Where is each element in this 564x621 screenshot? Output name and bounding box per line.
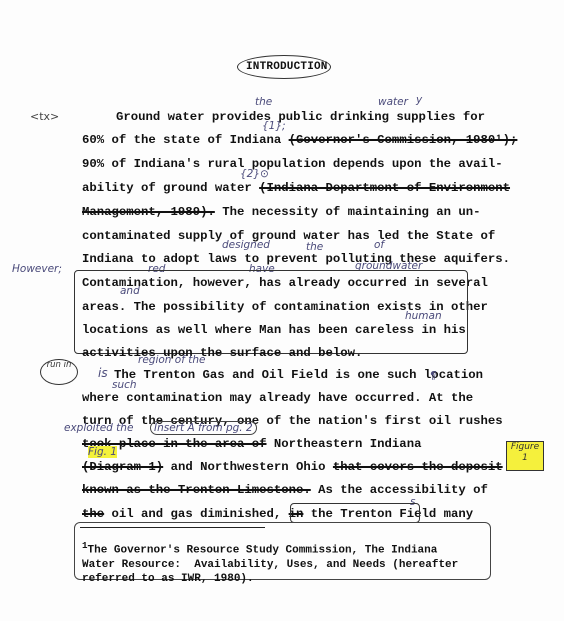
text-line-14: turn of the century, one of the nation's… [82, 414, 503, 428]
run-in-mark: run in [40, 359, 78, 385]
text-line-2: 60% of the state of Indiana (Governor's … [82, 133, 517, 147]
text-line-5: Management, 1989). The necessity of main… [82, 205, 480, 219]
figure-1-note: Figure 1 [506, 441, 544, 471]
text-line-11: activities upon the surface and below. [82, 346, 362, 360]
page-title: INTRODUCTION [246, 61, 328, 73]
annotation-y: y [416, 94, 422, 106]
annotation-citation-1: {1}; [262, 120, 286, 132]
annotation-fig-1: Fig. 1 [88, 446, 117, 458]
annotation-the: the [255, 96, 272, 108]
annotation-water: water [378, 96, 408, 108]
text-line-1: Ground water provides public drinking su… [116, 110, 485, 124]
footnote: 1The Governor's Resource Study Commissio… [82, 539, 458, 586]
annotation-however-margin: However; [12, 263, 62, 275]
annotation-citation-2: {2}⊙ [240, 168, 269, 180]
annotation-paragraph-mark: ¶ [430, 370, 437, 382]
scanned-page: INTRODUCTION <tx> Ground water provides … [0, 0, 564, 621]
annotation-insert-a: Insert A from pg. 2 [150, 421, 257, 435]
annotation-of: of [374, 239, 384, 251]
annotation-region-of-the: region of the [138, 354, 205, 366]
annotation-such: such [112, 379, 137, 391]
text-line-3: 90% of Indiana's rural population depend… [82, 157, 503, 171]
text-line-15: took place in the area of Northeastern I… [82, 437, 421, 451]
text-tag: <tx> [30, 110, 59, 123]
annotation-exploited-the: exploited the [64, 422, 133, 434]
annotation-designed: designed [222, 239, 270, 251]
text-line-4: ability of ground water (Indiana Departm… [82, 181, 510, 195]
footnote-rule [80, 527, 265, 528]
text-line-7: Indiana to adopt laws to prevent polluti… [82, 252, 510, 266]
moved-text-box [74, 270, 468, 354]
text-line-16: (Diagram 1) and Northwestern Ohio that c… [82, 460, 503, 474]
text-line-12: The Trenton Gas and Oil Field is one suc… [114, 368, 483, 382]
annotation-is: is [98, 366, 108, 380]
text-line-13: where contamination may already have occ… [82, 391, 473, 405]
text-line-17: known as the Trenton Limestone. As the a… [82, 483, 488, 497]
annotation-the-2: the [306, 241, 323, 253]
text-line-6: contaminated supply of ground water has … [82, 229, 495, 243]
trenton-field-box [290, 503, 420, 523]
